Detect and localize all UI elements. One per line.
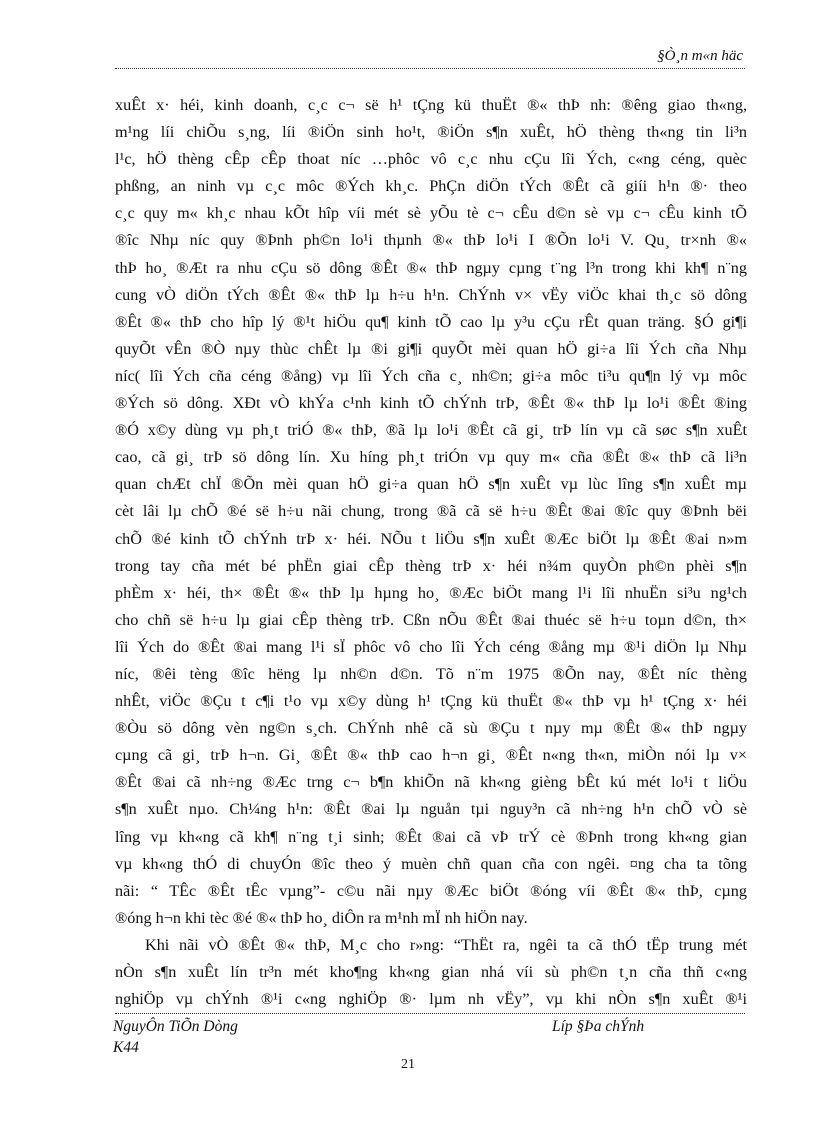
text-line: cho chñ së h÷u lµ giai cÊp thèng trÞ. Cß… xyxy=(115,607,747,634)
text-line: ®­îc Nhµ n­íc quy ®Þnh ph©n lo¹i thµnh ®… xyxy=(115,227,747,254)
footer-author-block: NguyÔn TiÕn Dòng K44 xyxy=(113,1016,238,1058)
running-title: §Ò¸n m«n häc xyxy=(657,48,743,65)
text-line: thÞ ho¸ ®Æt ra nhu cÇu sö dông ®Êt ®« th… xyxy=(115,255,747,282)
text-line: quan chÆt chÏ ®Õn mèi quan hÖ gi÷a quan … xyxy=(115,471,747,498)
text-line: lîi Ých do ®Êt ®ai mang l¹i sÏ phôc vô c… xyxy=(115,634,747,661)
text-line: nÒn s¶n xuÊt lín tr³n mét kho¶ng kh«ng g… xyxy=(115,959,747,986)
paragraph: Khi nãi vÒ ®Êt ®« thÞ, M¸c cho r»ng: “Th… xyxy=(115,932,747,1013)
paragraph: xuÊt x· héi, kinh doanh, c¸c c¬ së h¹ tÇ… xyxy=(115,92,747,932)
text-line: chÕ ®é kinh tÕ chÝnh trÞ x· héi. NÕu t­ … xyxy=(115,526,747,553)
text-line: cèt lâi lµ chÕ ®é së h÷u nãi chung, tron… xyxy=(115,498,747,525)
text-line: Khi nãi vÒ ®Êt ®« thÞ, M¸c cho r»ng: “Th… xyxy=(115,932,747,959)
text-line: n­íc( lîi Ých cña céng ®ång) vµ lîi Ých … xyxy=(115,363,747,390)
body-text: xuÊt x· héi, kinh doanh, c¸c c¬ së h¹ tÇ… xyxy=(115,92,747,1013)
footer-class-code: K44 xyxy=(113,1037,238,1058)
text-line: l­îng vµ kh«ng cã kh¶ n¨ng t¸i sinh; ®Êt… xyxy=(115,824,747,851)
page-number: 21 xyxy=(0,1057,816,1073)
document-page: §Ò¸n m«n häc xuÊt x· héi, kinh doanh, c¸… xyxy=(0,0,816,1123)
text-line: c¸c quy m« kh¸c nhau kÕt hîp víi mét sè … xyxy=(115,200,747,227)
text-line: s¶n xuÊt nµo. Ch¼ng h¹n: ®Êt ®ai lµ nguå… xyxy=(115,796,747,823)
text-line: cung vÒ diÖn tÝch ®Êt ®« thÞ lµ h÷u h¹n.… xyxy=(115,282,747,309)
text-line: l¹c, hÖ thèng cÊp cÊp thoat n­íc …phôc v… xyxy=(115,146,747,173)
text-line: ®Êt ®ai cã nh÷ng ®Æc tr­ng c¬ b¶n khiÕn … xyxy=(115,769,747,796)
text-line: ®óng h¬n khi tèc ®é ®« thÞ ho¸ diÔn ra m… xyxy=(115,905,747,932)
text-line: n­íc, ®êi tèng ®­îc h­ëng lµ nh©n d©n. T… xyxy=(115,661,747,688)
text-line: ®Òu sö dông vèn ng©n s¸ch. ChÝnh nhê cã … xyxy=(115,715,747,742)
text-line: m¹ng l­íi chiÕu s¸ng, l­íi ®iÖn sinh ho¹… xyxy=(115,119,747,146)
text-line: ®Ých sö dông. XÐt vÒ khÝa c¹nh kinh tÕ c… xyxy=(115,390,747,417)
text-line: cao, cã gi¸ trÞ sö dông lín. Xu h­íng ph… xyxy=(115,444,747,471)
text-line: vµ kh«ng thÓ di chuyÓn ®­îc theo ý muèn … xyxy=(115,851,747,878)
text-line: phÈm x· héi, th× ®Êt ®« thÞ lµ hµng ho¸ … xyxy=(115,580,747,607)
footer-author: NguyÔn TiÕn Dòng xyxy=(113,1016,238,1037)
text-line: ®Ó x©y dùng vµ ph¸t triÓ ®« thÞ, ®ã lµ l… xyxy=(115,417,747,444)
text-line: ®Êt ®« thÞ cho hîp lý ®¹t hiÖu qu¶ kinh … xyxy=(115,309,747,336)
text-line: quyÕt vÊn ®Ò nµy thùc chÊt lµ ®i gi¶i qu… xyxy=(115,336,747,363)
text-line: xuÊt x· héi, kinh doanh, c¸c c¬ së h¹ tÇ… xyxy=(115,92,747,119)
text-line: trong tay cña mét bé phËn giai cÊp thèng… xyxy=(115,553,747,580)
footer-divider xyxy=(115,1013,745,1014)
text-line: cµng cã gi¸ trÞ h¬n. Gi¸ ®Êt ®« thÞ cao … xyxy=(115,742,747,769)
footer-class-name: Líp §Þa chÝnh xyxy=(552,1016,644,1037)
text-line: nãi: “ TÊc ®Êt tÊc vµng”- c©u nãi nµy ®Æ… xyxy=(115,878,747,905)
page-header: §Ò¸n m«n häc xyxy=(115,44,745,69)
text-line: nhÊt, viÖc ®Çu t­ c¶i t¹o vµ x©y dùng h¹… xyxy=(115,688,747,715)
text-line: phßng, an ninh vµ c¸c môc ®Ých kh¸c. PhÇ… xyxy=(115,173,747,200)
text-line: nghiÖp vµ chÝnh ®¹i c«ng nghiÖp ®· lµm n… xyxy=(115,986,747,1013)
